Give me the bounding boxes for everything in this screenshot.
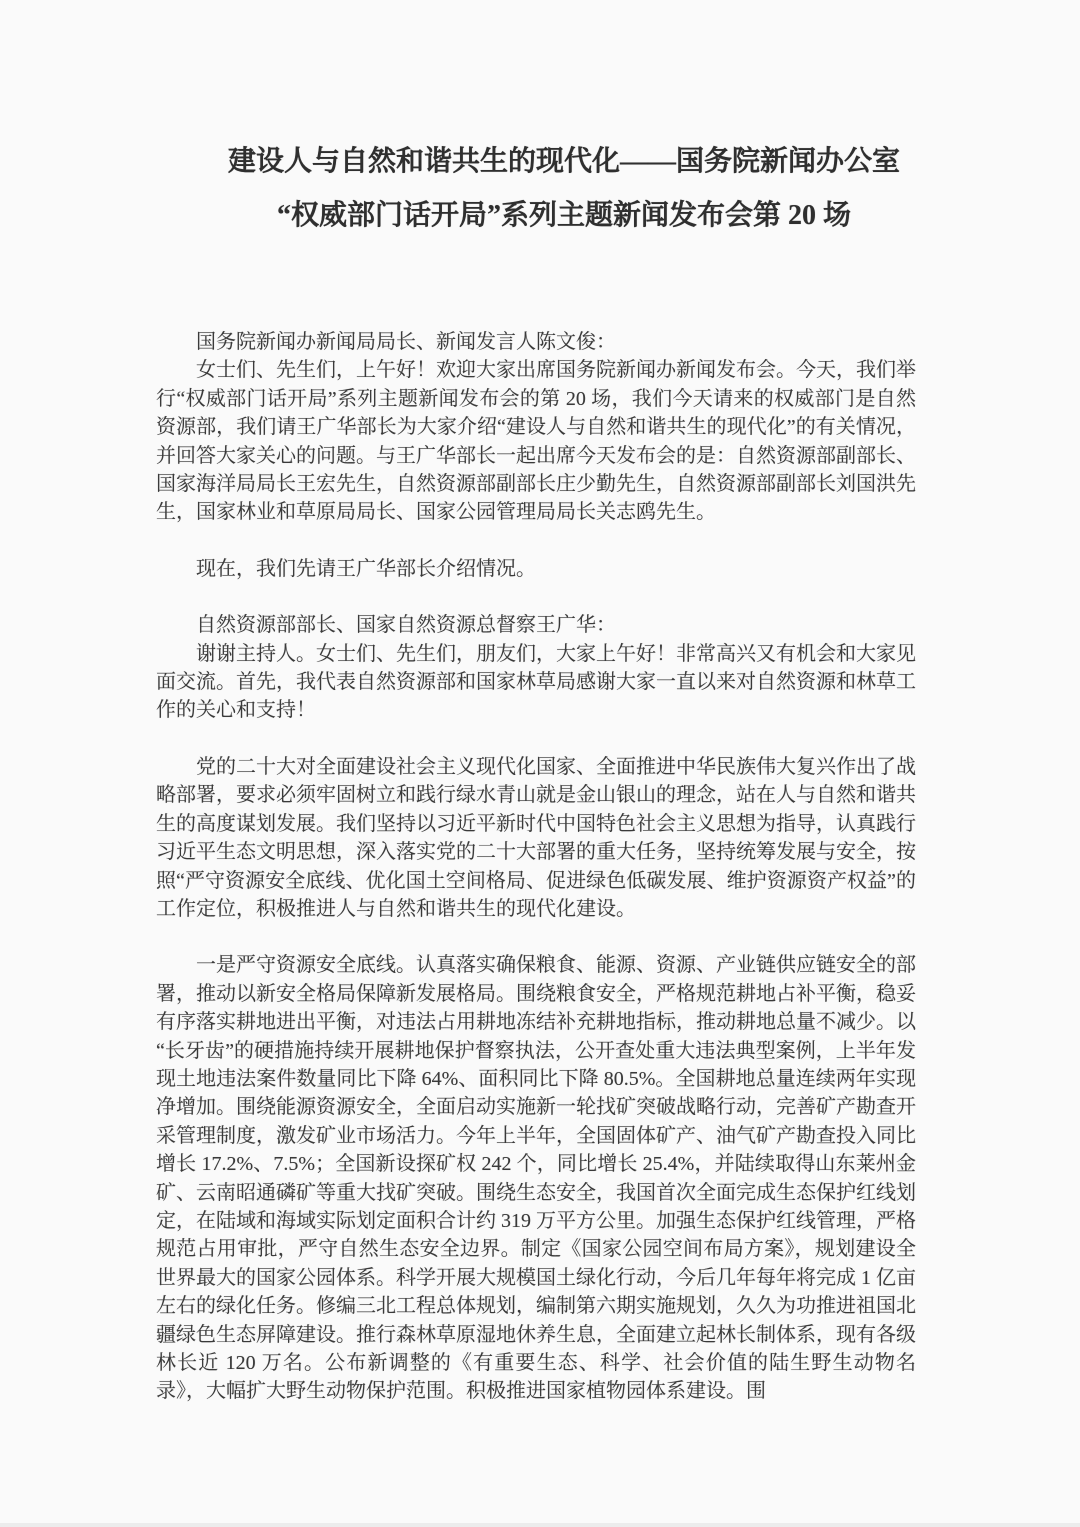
document-title-line2: “权威部门话开局”系列主题新闻发布会第 20 场 xyxy=(184,189,944,243)
paragraph-minister-greeting: 谢谢主持人。女士们、先生们，朋友们，大家上午好！非常高兴又有机会和大家见面交流。… xyxy=(156,640,916,725)
document-page: 建设人与自然和谐共生的现代化——国务院新闻办公室 “权威部门话开局”系列主题新闻… xyxy=(0,0,1080,1527)
document-body: 国务院新闻办新闻局局长、新闻发言人陈文俊： 女士们、先生们，上午好！欢迎大家出席… xyxy=(156,328,916,1406)
paragraph-handover: 现在，我们先请王广华部长介绍情况。 xyxy=(156,555,916,583)
page-bottom-edge xyxy=(0,1523,1080,1527)
paragraph-resource-security: 一是严守资源安全底线。认真落实确保粮食、能源、资源、产业链供应链安全的部署，推动… xyxy=(156,951,916,1406)
document-content: 建设人与自然和谐共生的现代化——国务院新闻办公室 “权威部门话开局”系列主题新闻… xyxy=(0,0,1080,1527)
paragraph-minister-name: 自然资源部部长、国家自然资源总督察王广华： xyxy=(156,611,916,639)
paragraph-strategy-overview: 党的二十大对全面建设社会主义现代化国家、全面推进中华民族伟大复兴作出了战略部署，… xyxy=(156,753,916,923)
document-title: 建设人与自然和谐共生的现代化——国务院新闻办公室 “权威部门话开局”系列主题新闻… xyxy=(184,135,944,243)
document-title-line1: 建设人与自然和谐共生的现代化——国务院新闻办公室 xyxy=(184,135,944,189)
paragraph-moderator-remarks: 女士们、先生们，上午好！欢迎大家出席国务院新闻办新闻发布会。今天，我们举行“权威… xyxy=(156,356,916,526)
paragraph-moderator-name: 国务院新闻办新闻局局长、新闻发言人陈文俊： xyxy=(156,328,916,356)
